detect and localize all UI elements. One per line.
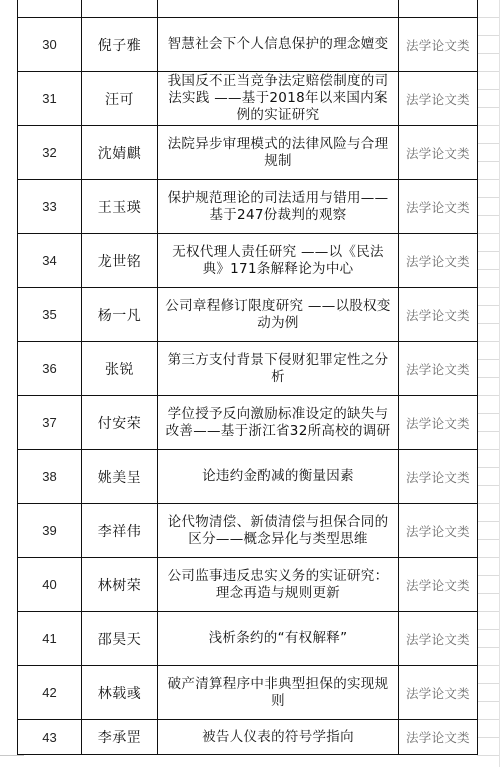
cell-category: 法学论文类 xyxy=(399,396,478,450)
cell-name: 汪可 xyxy=(82,72,158,126)
cell-category: 法学论文类 xyxy=(399,180,478,234)
cell-name: 姚美呈 xyxy=(82,450,158,504)
cell-category: 法学论文类 xyxy=(399,72,478,126)
cell-number: 32 xyxy=(18,126,82,180)
cell-title xyxy=(158,0,399,18)
cell-title: 浅析条约的“有权解释” xyxy=(158,612,399,666)
cell-title: 我国反不正当竞争法定赔偿制度的司法实践 ——基于2018年以来国内案例的实证研究 xyxy=(158,72,399,126)
cell-category: 法学论文类 xyxy=(399,612,478,666)
cell-title: 破产清算程序中非典型担保的实现规则 xyxy=(158,666,399,720)
cell-name: 李祥伟 xyxy=(82,504,158,558)
cell-name: 张锐 xyxy=(82,342,158,396)
cell-number: 33 xyxy=(18,180,82,234)
cell-number: 37 xyxy=(18,396,82,450)
cell-number: 43 xyxy=(18,720,82,755)
cell-category: 法学论文类 xyxy=(399,720,478,755)
cell-name: 沈婧麒 xyxy=(82,126,158,180)
cell-name: 龙世铭 xyxy=(82,234,158,288)
spreadsheet-background-grid xyxy=(477,0,500,767)
cell-title: 法院异步审理模式的法律风险与合理规制 xyxy=(158,126,399,180)
cell-number: 34 xyxy=(18,234,82,288)
cell-category: 法学论文类 xyxy=(399,342,478,396)
table-row: 30 倪子雅 智慧社会下个人信息保护的理念嬗变 法学论文类 xyxy=(18,18,478,72)
cell-title: 公司章程修订限度研究 ——以股权变动为例 xyxy=(158,288,399,342)
cell-number: 30 xyxy=(18,18,82,72)
table-row: 41 邵昊天 浅析条约的“有权解释” 法学论文类 xyxy=(18,612,478,666)
cell-number: 39 xyxy=(18,504,82,558)
cell-name: 付安荣 xyxy=(82,396,158,450)
cell-category xyxy=(399,0,478,18)
cell-number: 31 xyxy=(18,72,82,126)
cell-name: 杨一凡 xyxy=(82,288,158,342)
cell-category: 法学论文类 xyxy=(399,666,478,720)
award-list-table: 30 倪子雅 智慧社会下个人信息保护的理念嬗变 法学论文类 31 汪可 我国反不… xyxy=(17,0,478,755)
table-row: 37 付安荣 学位授予反向激励标准设定的缺失与改善——基于浙江省32所高校的调研… xyxy=(18,396,478,450)
cell-number: 42 xyxy=(18,666,82,720)
cell-title: 智慧社会下个人信息保护的理念嬗变 xyxy=(158,18,399,72)
cell-title: 无权代理人责任研究 ——以《民法典》171条解释论为中心 xyxy=(158,234,399,288)
table-row: 43 李承罡 被告人仪表的符号学指向 法学论文类 xyxy=(18,720,478,755)
cell-category: 法学论文类 xyxy=(399,450,478,504)
cell-title: 学位授予反向激励标准设定的缺失与改善——基于浙江省32所高校的调研 xyxy=(158,396,399,450)
cell-name: 邵昊天 xyxy=(82,612,158,666)
cell-title: 被告人仪表的符号学指向 xyxy=(158,720,399,755)
cell-number: 35 xyxy=(18,288,82,342)
cell-number: 40 xyxy=(18,558,82,612)
cell-name: 倪子雅 xyxy=(82,18,158,72)
table-row: 31 汪可 我国反不正当竞争法定赔偿制度的司法实践 ——基于2018年以来国内案… xyxy=(18,72,478,126)
table-row-partial xyxy=(18,0,478,18)
cell-name: 李承罡 xyxy=(82,720,158,755)
cell-number: 36 xyxy=(18,342,82,396)
cell-category: 法学论文类 xyxy=(399,234,478,288)
cell-number xyxy=(18,0,82,18)
cell-title: 保护规范理论的司法适用与错用——基于247份裁判的观察 xyxy=(158,180,399,234)
table-row: 32 沈婧麒 法院异步审理模式的法律风险与合理规制 法学论文类 xyxy=(18,126,478,180)
table-row: 42 林载彧 破产清算程序中非典型担保的实现规则 法学论文类 xyxy=(18,666,478,720)
cell-name: 王玉瑛 xyxy=(82,180,158,234)
cell-title: 公司监事违反忠实义务的实证研究：理念再造与规则更新 xyxy=(158,558,399,612)
spreadsheet-grid-line xyxy=(0,755,24,756)
cell-category: 法学论文类 xyxy=(399,18,478,72)
cell-title: 第三方支付背景下侵财犯罪定性之分析 xyxy=(158,342,399,396)
table-row: 35 杨一凡 公司章程修订限度研究 ——以股权变动为例 法学论文类 xyxy=(18,288,478,342)
table-row: 33 王玉瑛 保护规范理论的司法适用与错用——基于247份裁判的观察 法学论文类 xyxy=(18,180,478,234)
cell-title: 论代物清偿、新债清偿与担保合同的区分——概念异化与类型思维 xyxy=(158,504,399,558)
cell-name: 林树荣 xyxy=(82,558,158,612)
table-row: 36 张锐 第三方支付背景下侵财犯罪定性之分析 法学论文类 xyxy=(18,342,478,396)
table-row: 38 姚美呈 论违约金酌减的衡量因素 法学论文类 xyxy=(18,450,478,504)
cell-name: 林载彧 xyxy=(82,666,158,720)
cell-number: 38 xyxy=(18,450,82,504)
table-row: 39 李祥伟 论代物清偿、新债清偿与担保合同的区分——概念异化与类型思维 法学论… xyxy=(18,504,478,558)
cell-category: 法学论文类 xyxy=(399,558,478,612)
cell-category: 法学论文类 xyxy=(399,126,478,180)
cell-category: 法学论文类 xyxy=(399,288,478,342)
table-row: 34 龙世铭 无权代理人责任研究 ——以《民法典》171条解释论为中心 法学论文… xyxy=(18,234,478,288)
cell-number: 41 xyxy=(18,612,82,666)
cell-name xyxy=(82,0,158,18)
table-row: 40 林树荣 公司监事违反忠实义务的实证研究：理念再造与规则更新 法学论文类 xyxy=(18,558,478,612)
cell-category: 法学论文类 xyxy=(399,504,478,558)
cell-title: 论违约金酌减的衡量因素 xyxy=(158,450,399,504)
